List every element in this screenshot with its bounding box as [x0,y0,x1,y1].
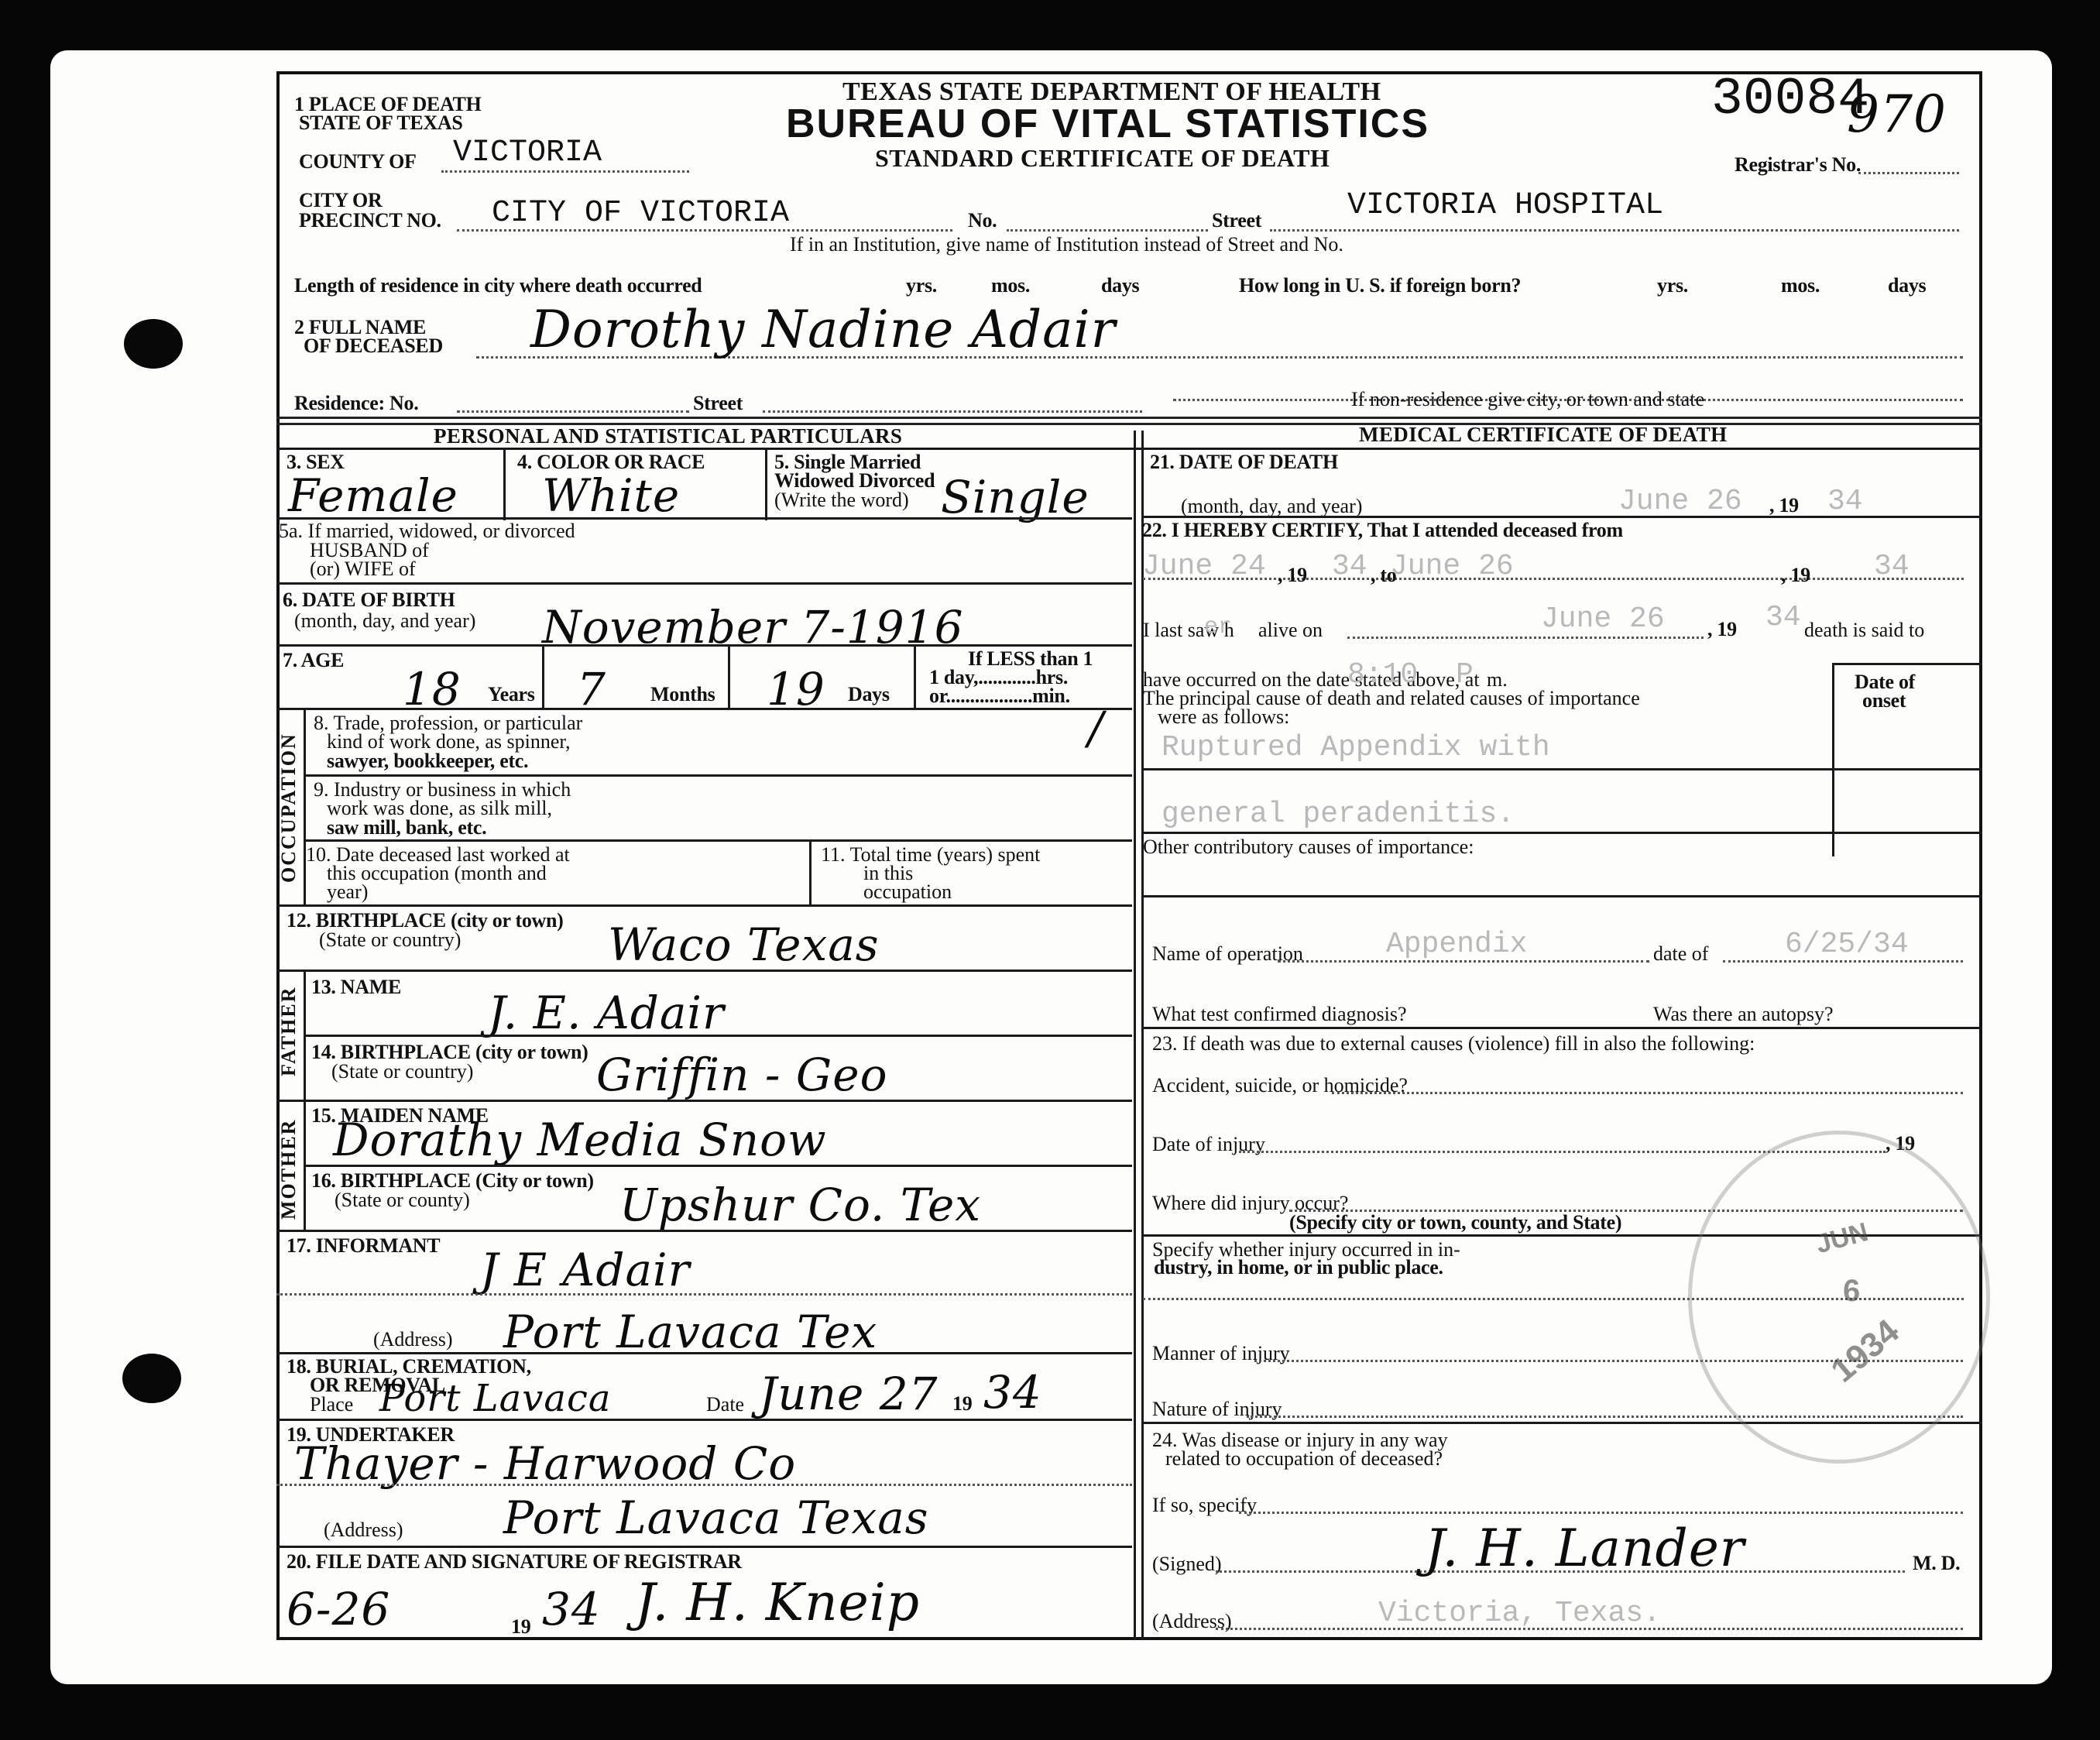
institution-note: If in an Institution, give name of Insti… [790,234,1343,255]
bureau-title: BUREAU OF VITAL STATISTICS [786,101,1429,147]
last-saw-year-prefix: , 19 [1707,619,1737,640]
last-worked-label-3: year) [327,881,368,902]
father-side-label: FATHER [277,987,300,1076]
undertaker-address-label: (Address) [324,1519,403,1540]
occupation-side-label: OCCUPATION [277,733,300,883]
spouse-label: 5a. If married, widowed, or divorced [279,520,575,541]
operation-date-value: 6/25/34 [1785,929,1909,960]
medical-section-title: MEDICAL CERTIFICATE OF DEATH [1359,423,1728,447]
total-time-label: 11. Total time (years) spent [821,844,1040,865]
punch-hole-top [124,319,183,369]
state-of-texas-label: STATE OF TEXAS [299,113,463,133]
birthplace-sublabel: (State or country) [319,929,461,950]
of-deceased-label: OF DECEASED [304,336,443,356]
father-birthplace-value: Griffin - Geo [596,1052,888,1098]
attended-from-value: June 24 [1142,551,1266,582]
sex-value: Female [288,472,458,519]
attended-to-value: June 26 [1390,551,1514,582]
file-year-prefix: 19 [511,1617,530,1637]
precinct-label: PRECINCT NO. [299,211,441,231]
mother-birthplace-value: Upshur Co. Tex [619,1182,981,1228]
race-value: White [542,472,680,519]
street-value: VICTORIA HOSPITAL [1347,190,1663,221]
marital-status-value: Single [941,474,1089,520]
burial-place-label: Place [310,1394,353,1415]
informant-address-value: Port Lavaca Tex [503,1309,877,1355]
marital-status-hint: (Write the word) [774,489,909,510]
physician-address-value: Victoria, Texas. [1378,1598,1661,1629]
birthplace-value: Waco Texas [608,921,880,968]
burial-year-prefix: 19 [952,1394,972,1414]
trade-label-2: kind of work done, as spinner, [327,731,571,752]
undertaker-address-value: Port Lavaca Texas [503,1495,929,1541]
registrar-signature: J. H. Kneip [635,1580,920,1626]
mother-birthplace-sublabel: (State or county) [335,1189,470,1210]
undertaker-value: Thayer - Harwood Co [294,1440,796,1487]
age-label: 7. AGE [283,650,344,671]
age-days-label: Days [848,685,890,705]
date-of-death-year-prefix: , 19 [1769,496,1799,516]
street-label: Street [1212,211,1261,231]
md-label: M. D. [1913,1553,1960,1574]
foreign-days-label: days [1888,276,1926,296]
stamp-day: 6 [1843,1274,1860,1309]
age-days-value: 19 [767,666,825,712]
burial-date-label: Date [706,1394,744,1415]
burial-year-value: 34 [983,1369,1042,1416]
age-months-label: Months [650,685,715,705]
autopsy-label: Was there an autopsy? [1653,1004,1834,1024]
date-of-death-year: 34 [1827,486,1863,517]
last-saw-pronoun: er [1204,612,1232,643]
street-no-label: No. [968,211,997,231]
nonresidence-note: If non-residence give city, or town and … [1351,389,1704,410]
date-of-onset-label-2: onset [1862,691,1906,711]
residence-no-label: Residence: No. [294,393,418,414]
injury-place-label-2: dustry, in home, or in public place. [1154,1258,1443,1278]
operation-date-label: date of [1653,943,1708,964]
full-name-value: Dorothy Nadine Adair [530,307,1116,353]
alive-on-label: alive on [1258,619,1323,640]
time-of-death: 8:10 [1347,660,1418,691]
certificate-type-title: STANDARD CERTIFICATE OF DEATH [875,144,1330,173]
total-time-label-3: occupation [863,881,952,902]
certificate-number: 30084 [1711,70,1869,129]
informant-address-label: (Address) [373,1329,453,1350]
residence-mos-label: mos. [991,276,1030,296]
residence-yrs-label: yrs. [906,276,937,296]
personal-section-title: PERSONAL AND STATISTICAL PARTICULARS [434,424,902,448]
occupation-related-label-2: related to occupation of deceased? [1165,1448,1443,1469]
informant-value: J E Adair [480,1247,690,1293]
external-causes-label: 23. If death was due to external causes … [1152,1033,1755,1054]
dob-label: 6. DATE OF BIRTH [283,590,455,610]
wife-of-label: (or) WIFE of [310,558,416,579]
time-meridiem: P [1456,660,1474,691]
informant-label: 17. INFORMANT [287,1236,440,1256]
attended-from-year: 34 [1332,551,1367,582]
mother-name-value: Dorathy Media Snow [333,1117,827,1163]
center-divider [1134,431,1136,1640]
county-label: COUNTY OF [299,152,417,172]
city-label: CITY OR [299,190,382,211]
death-said-label: death is said to [1804,619,1924,640]
foreign-born-label: How long in U. S. if foreign born? [1239,276,1521,296]
industry-label-2: work was done, as silk mill, [327,798,552,819]
age-years-value: 18 [403,666,462,712]
received-date-stamp [1688,1131,1990,1464]
residence-days-label: days [1101,276,1139,296]
contributory-causes-label: Other contributory causes of importance: [1143,836,1474,857]
injury-where-note: (Specify city or town, county, and State… [1289,1213,1621,1233]
file-year-value: 34 [542,1586,601,1632]
test-diagnosis-label: What test confirmed diagnosis? [1152,1004,1407,1024]
county-value: VICTORIA [453,138,602,169]
registrar-number-value: 970 [1847,91,1947,138]
last-saw-year: 34 [1765,602,1801,633]
mother-side-label: MOTHER [277,1119,300,1220]
file-date-value: 6-26 [287,1586,390,1632]
last-saw-value: June 26 [1541,604,1665,635]
father-name-value: J. E. Adair [488,990,725,1036]
trade-label-3: sawyer, bookkeeper, etc. [327,751,528,771]
dob-sublabel: (month, day, and year) [294,610,475,631]
operation-value: Appendix [1386,929,1527,960]
attended-to-year: 34 [1874,551,1910,582]
cause-label-2: were as follows: [1158,706,1289,727]
date-of-death-value: June 26 [1618,486,1742,517]
cause-line-1: Ruptured Appendix with [1162,733,1550,764]
trade-value: / [1088,705,1104,751]
date-of-death-label: 21. DATE OF DEATH [1150,452,1338,472]
registrar-number-label: Registrar's No. [1735,155,1861,175]
residence-street-label: Street [693,393,743,414]
date-of-death-sublabel: (month, day, and year) [1181,496,1362,517]
father-name-label: 13. NAME [311,977,401,997]
dob-value: November 7-1916 [542,604,963,650]
cause-line-2: general peradenitis. [1162,799,1515,830]
attended-to-year-prefix: , 19 [1781,565,1810,585]
industry-label-3: saw mill, bank, etc. [327,818,486,838]
punch-hole-bottom [122,1354,181,1403]
burial-place-value: Port Lavaca [379,1375,611,1422]
residence-length-label: Length of residence in city where death … [294,276,702,296]
foreign-mos-label: mos. [1781,276,1820,296]
age-min-label: or..................min. [929,686,1070,706]
city-value: CITY OF VICTORIA [492,198,789,229]
registrar-label: 20. FILE DATE AND SIGNATURE OF REGISTRAR [287,1552,742,1572]
father-birthplace-sublabel: (State or country) [331,1061,473,1082]
age-years-label: Years [488,685,535,705]
certify-label: 22. I HEREBY CERTIFY, That I attended de… [1142,520,1623,541]
burial-date-value: June 27 [759,1371,938,1417]
attended-from-year-prefix: , 19 [1278,565,1307,585]
age-months-value: 7 [577,666,606,712]
foreign-yrs-label: yrs. [1657,276,1688,296]
signed-label: (Signed) [1152,1553,1222,1574]
physician-signature: J. H. Lander [1425,1526,1745,1572]
